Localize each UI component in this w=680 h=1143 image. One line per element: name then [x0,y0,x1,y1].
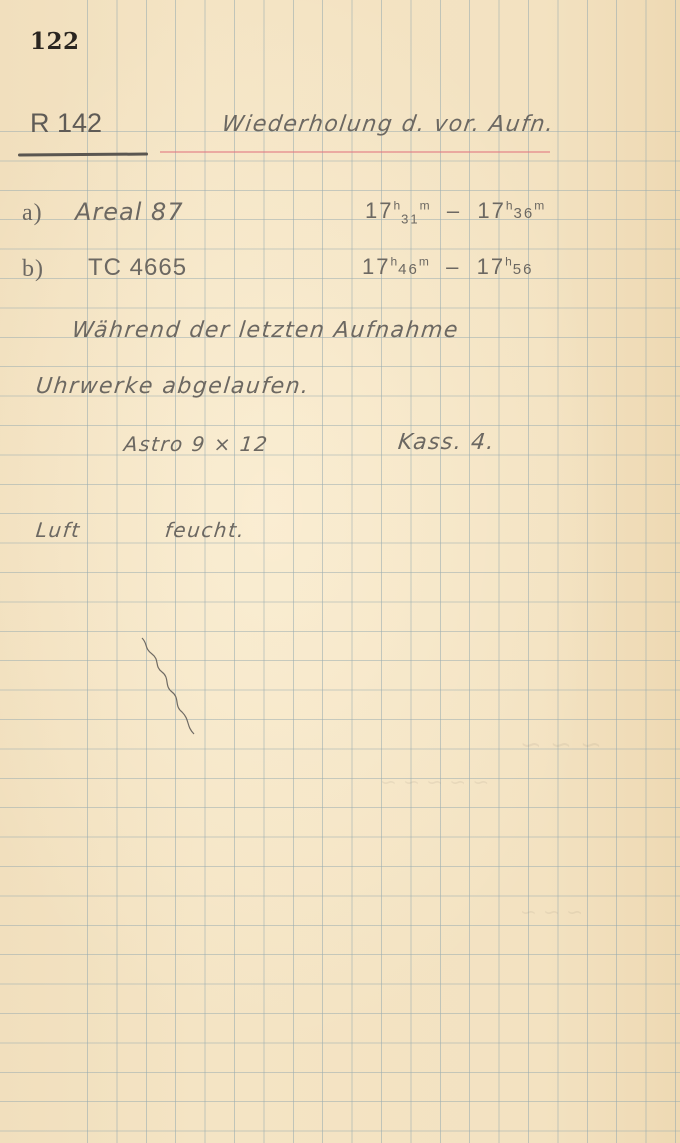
end-hour: 17 [477,198,505,223]
start-minute: 31 [401,211,419,226]
entry-label: b) [22,256,44,283]
range-separator: – [446,254,460,279]
grid-horizontal-lines [0,131,680,1143]
range-separator: – [447,198,461,223]
page-number: 122 [30,28,80,55]
note-line-1: Während der letzten Aufnahme [71,318,461,343]
note-line-2: Uhrwerke abgelaufen. [35,374,311,399]
start-hour: 17 [365,198,393,223]
hour-unit: h [506,199,514,213]
plate-type: Astro 9 × 12 [123,432,270,456]
minute-unit: m [534,199,545,213]
entry-time-range: 17h46m – 17h56 [362,254,533,280]
end-minute: 36 [514,205,535,222]
minute-unit: m [420,199,431,213]
end-hour: 17 [477,254,505,279]
record-id: R 142 [30,108,102,139]
pencil-squiggle-mark [140,636,200,736]
weather-value: feucht. [164,518,247,542]
cassette-number: Kass. 4. [397,430,497,455]
start-minute: 46 [398,261,419,278]
end-minute: 56 [513,261,534,278]
minute-unit: m [419,255,430,269]
notebook-page: ~ ~ ~ ~ ~ ~ ~ ~ ~ ~ ~ 122 R 142 Wiederho… [0,0,680,1143]
weather-label: Luft [35,518,82,542]
entry-name: Areal 87 [75,198,184,226]
heading-note: Wiederholung d. vor. Aufn. [220,112,556,137]
hour-unit: h [505,255,513,269]
red-underline-rule [160,151,550,153]
entry-label: a) [22,200,43,227]
start-hour: 17 [362,254,390,279]
entry-time-range: 17h31m – 17h36m [365,198,545,226]
entry-name: TC 4665 [88,254,187,282]
